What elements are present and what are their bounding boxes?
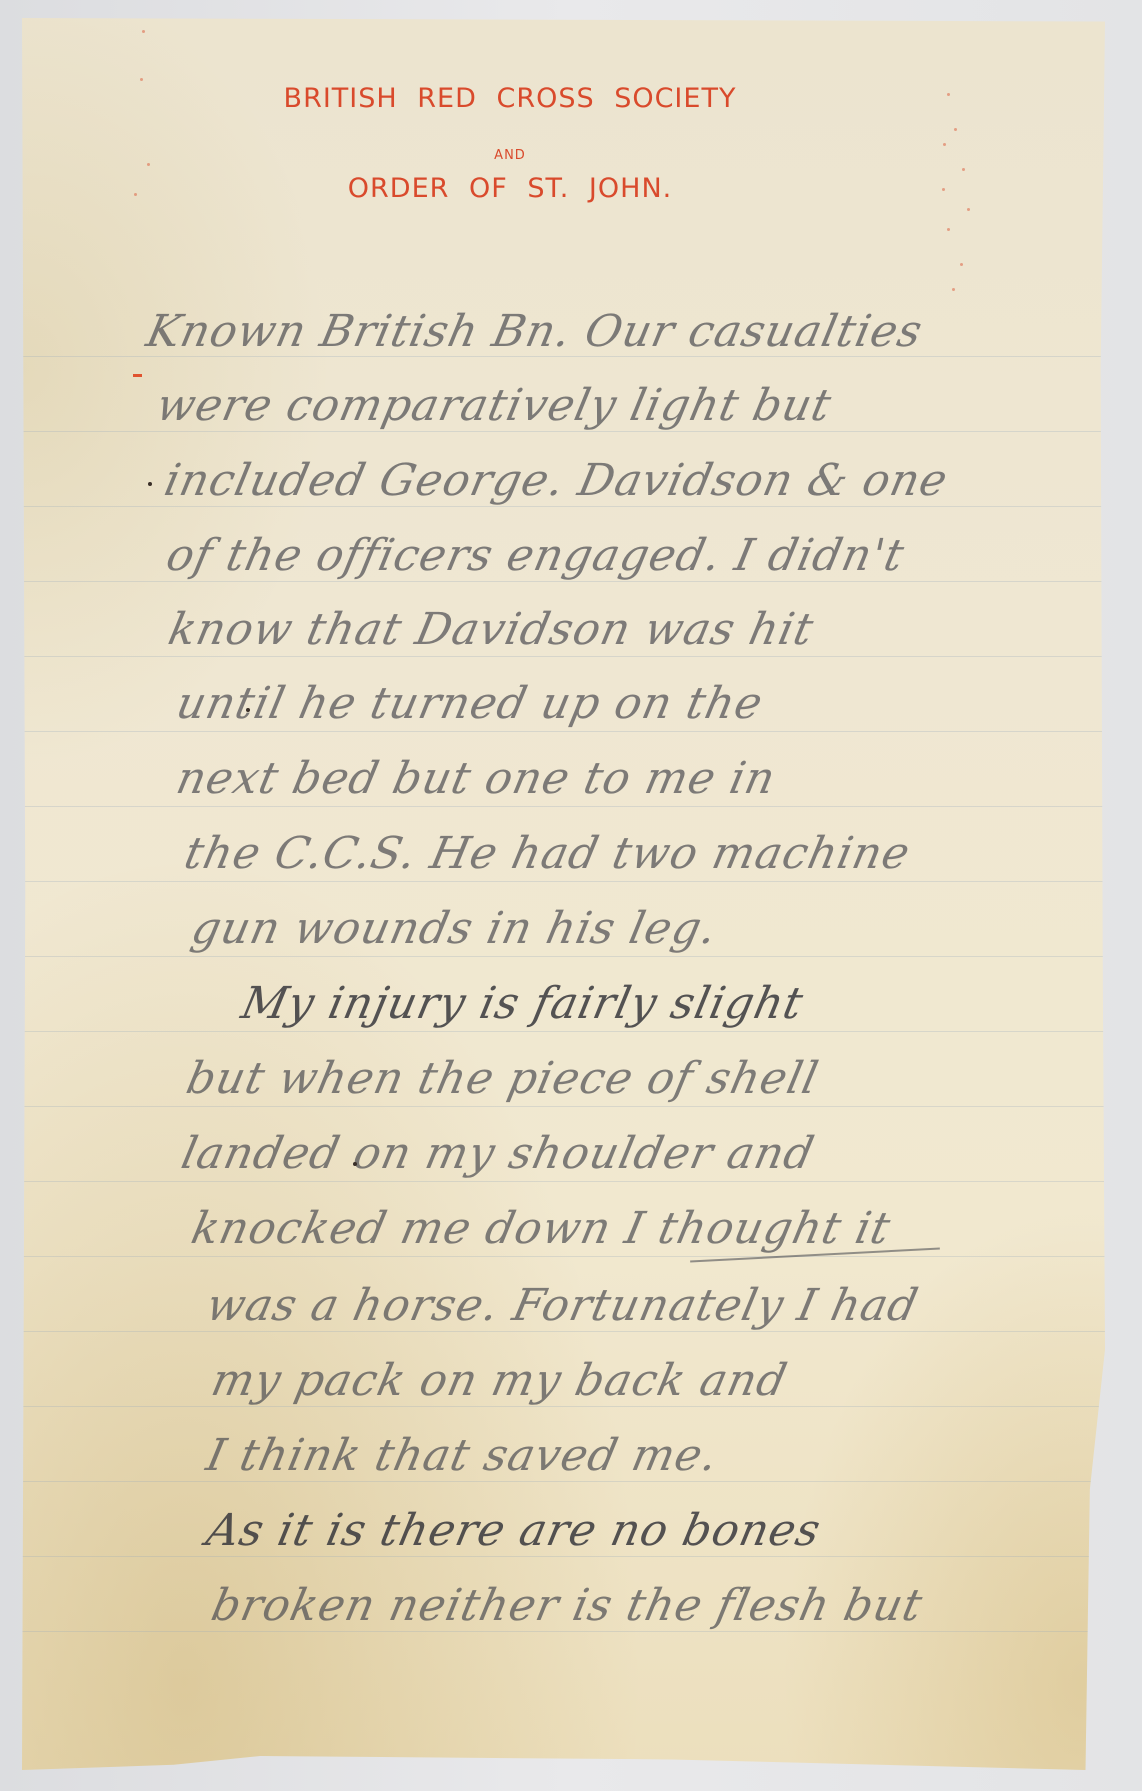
ink-speck — [140, 78, 143, 81]
handwritten-line: gun wounds in his leg. — [187, 903, 722, 954]
ink-speck — [147, 163, 150, 166]
ruled-line — [22, 1256, 1105, 1257]
handwritten-line: broken neither is the flesh but — [207, 1580, 927, 1631]
pencil-dot — [148, 482, 152, 486]
ruled-line — [22, 1106, 1105, 1107]
handwritten-line: know that Davidson was hit — [164, 604, 818, 655]
letter-page: BRITISH RED CROSS SOCIETY AND ORDER OF S… — [22, 18, 1105, 1770]
ink-speck — [967, 208, 970, 211]
ruled-line — [22, 656, 1105, 657]
ruled-line — [22, 1556, 1105, 1557]
handwritten-line: As it is there are no bones — [202, 1505, 825, 1556]
handwritten-line: Known British Bn. Our casualties — [142, 306, 927, 357]
ruled-line — [22, 1406, 1105, 1407]
ink-speck — [942, 188, 945, 191]
ruled-line — [22, 1331, 1105, 1332]
ink-speck — [142, 30, 145, 33]
handwritten-line: was a horse. Fortunately I had — [202, 1280, 923, 1331]
handwritten-line: I think that saved me. — [202, 1430, 723, 1481]
letterhead-organization: BRITISH RED CROSS SOCIETY — [135, 83, 885, 114]
handwritten-line: the C.C.S. He had two machine — [180, 828, 915, 879]
ink-speck — [960, 263, 963, 266]
ink-speck — [943, 143, 946, 146]
handwritten-line: next bed but one to me in — [172, 753, 780, 804]
ruled-line — [22, 806, 1105, 807]
handwritten-line: My injury is fairly slight — [237, 978, 808, 1029]
ruled-line — [22, 506, 1105, 507]
handwritten-line: knocked me down I thought it — [187, 1203, 895, 1254]
scan-background: BRITISH RED CROSS SOCIETY AND ORDER OF S… — [0, 0, 1142, 1791]
ink-speck — [947, 228, 950, 231]
letterhead-order: ORDER OF ST. JOHN. — [135, 173, 885, 204]
handwritten-line: until he turned up on the — [172, 678, 768, 729]
ruled-line — [22, 1631, 1105, 1632]
handwritten-line: were comparatively light but — [152, 380, 836, 431]
ruled-line — [22, 1181, 1105, 1182]
handwritten-line: included George. Davidson & one — [160, 455, 953, 506]
ruled-line — [22, 881, 1105, 882]
handwritten-line: my pack on my back and — [207, 1355, 792, 1406]
pencil-dot — [353, 1162, 357, 1166]
ink-speck — [952, 288, 955, 291]
handwritten-line: landed on my shoulder and — [177, 1128, 819, 1179]
handwritten-line: but when the piece of shell — [182, 1053, 823, 1104]
pencil-dot — [246, 708, 250, 712]
letterhead-conjunction: AND — [135, 148, 885, 163]
margin-mark — [133, 374, 142, 377]
ink-speck — [962, 168, 965, 171]
ruled-line — [22, 581, 1105, 582]
ruled-line — [22, 731, 1105, 732]
ruled-line — [22, 431, 1105, 432]
handwritten-line: of the officers engaged. I didn't — [162, 530, 909, 581]
ink-speck — [947, 93, 950, 96]
ink-speck — [954, 128, 957, 131]
ruled-line — [22, 956, 1105, 957]
ruled-line — [22, 1031, 1105, 1032]
ruled-line — [22, 1481, 1105, 1482]
